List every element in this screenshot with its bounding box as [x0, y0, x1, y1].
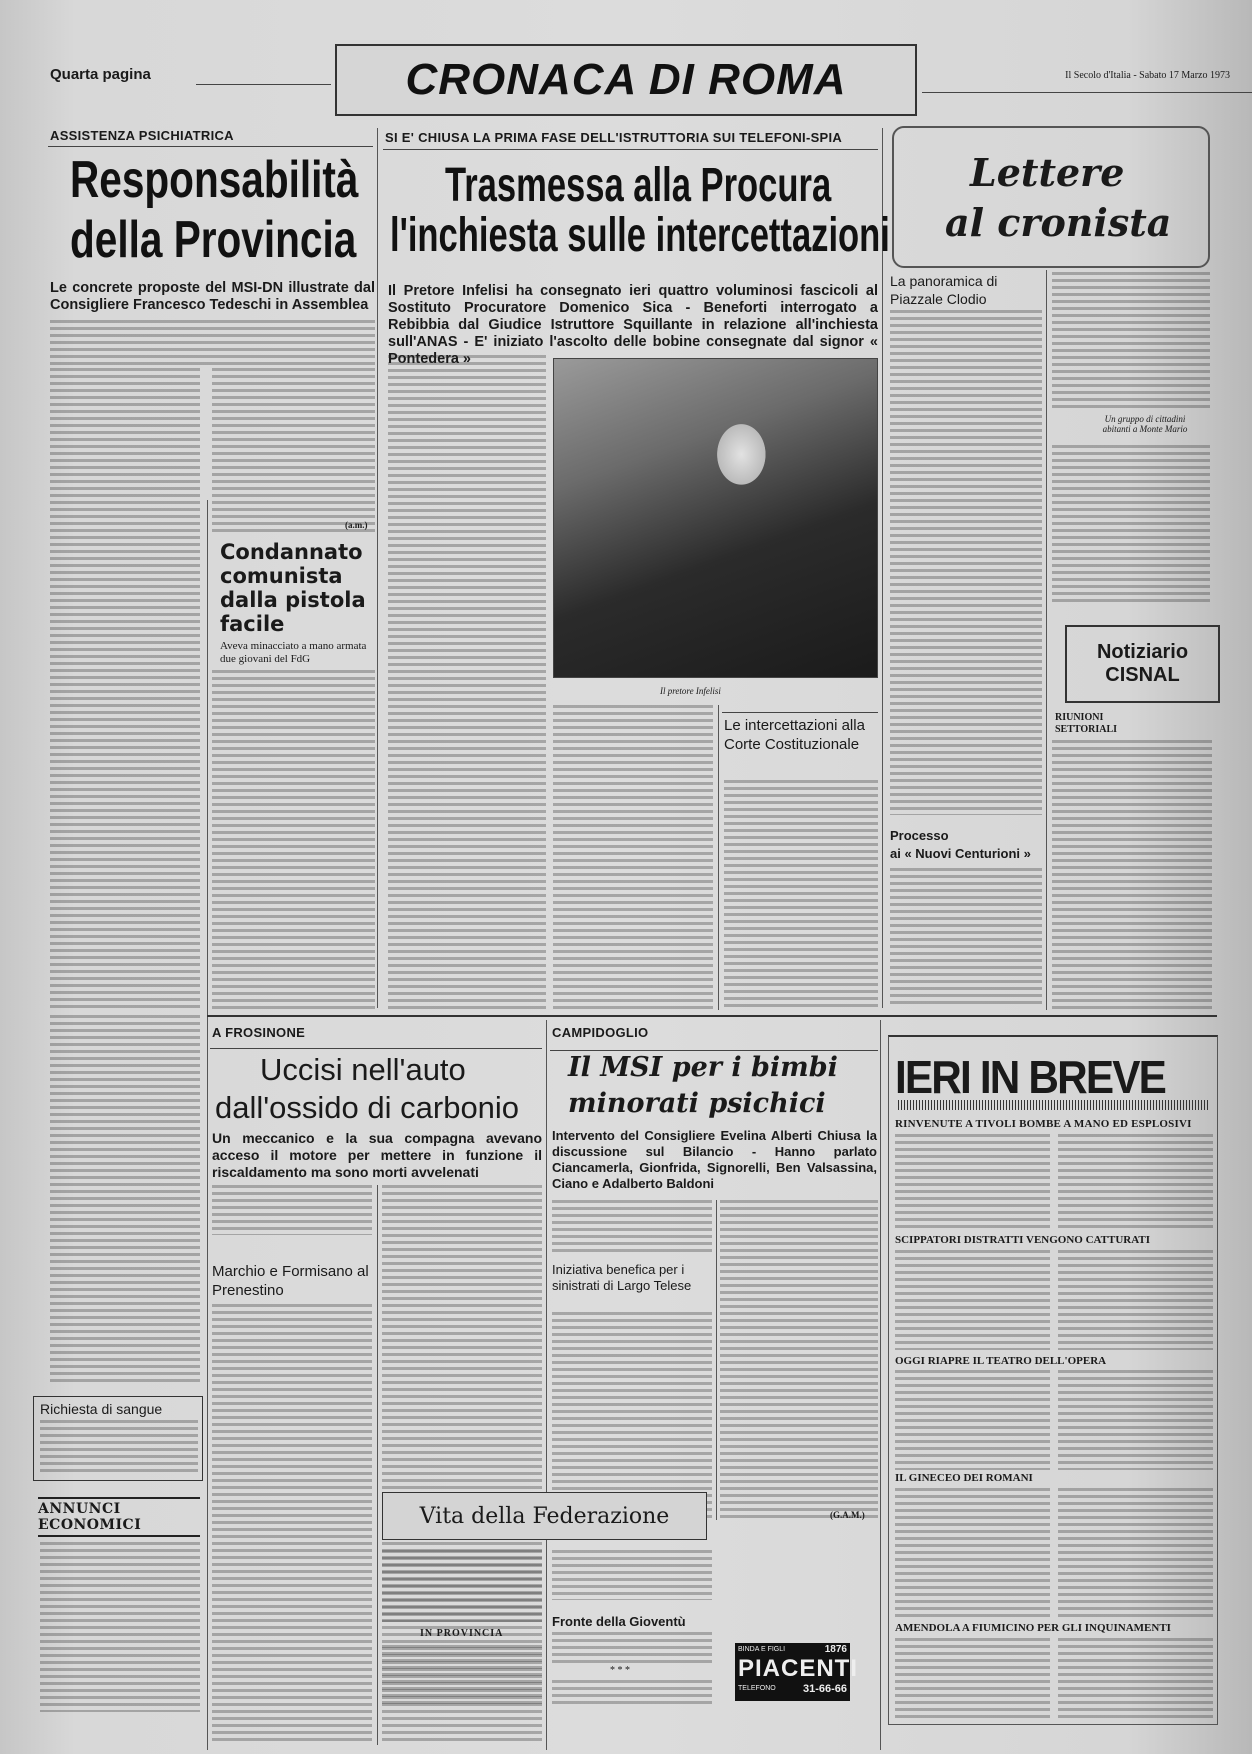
body-text	[50, 368, 200, 1008]
body-text	[1058, 1250, 1213, 1350]
newspaper-page: Quarta pagina CRONACA DI ROMA Il Secolo …	[0, 0, 1252, 1754]
body-text	[50, 1015, 200, 1385]
body-text	[553, 705, 713, 1010]
signature: (a.m.)	[345, 520, 368, 530]
divider	[722, 712, 878, 713]
divider	[196, 84, 331, 85]
body-text	[50, 320, 375, 365]
cisnal-box: Notiziario CISNAL	[1065, 625, 1220, 703]
advert-piacenti: BINDA E FIGLI 1876 PIACENTI TELEFONO 31-…	[735, 1643, 850, 1701]
federazione-title: Vita della Federazione	[420, 1504, 670, 1529]
divider	[383, 149, 878, 150]
kicker-intercettazioni: SI E' CHIUSA LA PRIMA FASE DELL'ISTRUTTO…	[385, 130, 842, 145]
ieri-in-breve-title: IERI IN BREVE	[895, 1050, 1165, 1104]
body-text	[388, 355, 546, 1010]
letter-title-clodio: La panoramica di Piazzale Clodio	[890, 272, 1040, 308]
body-text	[895, 1250, 1050, 1350]
annunci-banner: ANNUNCI ECONOMICI	[38, 1497, 200, 1537]
column-rule	[716, 1200, 717, 1520]
divider	[922, 92, 1252, 93]
sidebar-title-prenestino: Marchio e Formisano al Prenestino	[212, 1262, 372, 1300]
body-text	[552, 1312, 712, 1520]
body-text	[1058, 1134, 1213, 1232]
body-text	[382, 1550, 542, 1622]
lettere-box	[892, 126, 1210, 268]
breve-item-title: OGGI RIAPRE IL TEATRO DELL'OPERA	[895, 1355, 1215, 1367]
column-rule	[546, 1020, 547, 1750]
body-text	[212, 1185, 372, 1235]
body-text	[212, 1304, 372, 1744]
advert-top-label: BINDA E FIGLI	[738, 1645, 785, 1655]
photo-caption: Il pretore Infelisi	[660, 686, 721, 696]
advert-phone: 31-66-66	[803, 1683, 847, 1695]
subhead-campidoglio: Intervento del Consigliere Evelina Alber…	[552, 1128, 877, 1192]
body-text	[40, 1420, 198, 1476]
body-text	[40, 1542, 200, 1712]
headline-frosinone-1: Uccisi nell'auto	[260, 1052, 466, 1088]
headline-campidoglio-2: minorati psichici	[568, 1088, 826, 1119]
body-text	[720, 1200, 878, 1520]
body-text	[212, 670, 375, 1010]
body-text	[552, 1200, 712, 1252]
headline-campidoglio-1: Il MSI per i bimbi	[568, 1052, 838, 1083]
body-text	[1052, 272, 1210, 412]
headline-condannato: Condannato comunista dalla pistola facil…	[220, 540, 380, 636]
headline-psichiatrica-2: della Provincia	[70, 210, 356, 270]
body-text	[895, 1638, 1050, 1718]
body-text	[552, 1632, 712, 1664]
breve-item-title: IL GINECEO DEI ROMANI	[895, 1472, 1215, 1484]
body-text	[1058, 1370, 1213, 1470]
section-label: Quarta pagina	[50, 66, 151, 83]
body-text	[890, 310, 1042, 815]
federazione-box: Vita della Federazione	[382, 1492, 707, 1540]
processo-title-1: Processo	[890, 826, 949, 845]
body-text	[724, 780, 878, 1010]
subhead-psichiatrica: Le concrete proposte del MSI-DN illustra…	[50, 280, 375, 314]
body-text	[1052, 740, 1212, 1010]
cisnal-title-2: CISNAL	[1105, 664, 1179, 687]
masthead-title: CRONACA DI ROMA	[405, 55, 846, 105]
dateline: Il Secolo d'Italia - Sabato 17 Marzo 197…	[930, 70, 1230, 81]
sangue-title: Richiesta di sangue	[40, 1400, 162, 1419]
masthead: CRONACA DI ROMA	[335, 44, 917, 116]
body-text	[895, 1370, 1050, 1470]
kicker-psichiatrica: ASSISTENZA PSICHIATRICA	[50, 128, 234, 143]
body-text	[552, 1680, 712, 1708]
advert-brand: PIACENTI	[738, 1655, 847, 1683]
subhead-frosinone: Un meccanico e la sua compagna avevano a…	[212, 1130, 542, 1181]
column-rule	[1046, 270, 1047, 1010]
headline-intercettazioni-2: l'inchiesta sulle intercettazioni	[390, 208, 890, 263]
body-text	[552, 1550, 712, 1600]
breve-item-title: SCIPPATORI DISTRATTI VENGONO CATTURATI	[895, 1234, 1215, 1246]
signature: (G.A.M.)	[830, 1510, 865, 1520]
kicker-campidoglio: CAMPIDOGLIO	[552, 1025, 648, 1040]
body-text	[212, 368, 375, 533]
body-text	[1058, 1638, 1213, 1718]
body-text	[1052, 445, 1210, 605]
separator: * * *	[610, 1665, 630, 1676]
column-rule	[377, 1185, 378, 1745]
letter-signature: Un gruppo di cittadini abitanti a Monte …	[1090, 414, 1200, 434]
headline-psichiatrica-1: Responsabilità	[70, 150, 359, 210]
breve-item-title: AMENDOLA A FIUMICINO PER GLI INQUINAMENT…	[895, 1622, 1215, 1634]
headline-intercettazioni-1: Trasmessa alla Procura	[445, 158, 831, 213]
breve-item-title: RINVENUTE A TIVOLI BOMBE A MANO ED ESPLO…	[895, 1118, 1215, 1130]
cisnal-title-1: Notiziario	[1097, 641, 1188, 664]
body-text	[382, 1645, 542, 1705]
divider	[207, 1015, 1217, 1017]
body-text	[895, 1488, 1050, 1618]
sidebar-title-telese: Iniziativa benefica per i sinistrati di …	[552, 1262, 712, 1294]
processo-title-2: ai « Nuovi Centurioni »	[890, 844, 1031, 863]
body-text	[1058, 1488, 1213, 1618]
column-rule	[718, 705, 719, 1010]
kicker-frosinone: A FROSINONE	[212, 1025, 305, 1040]
cisnal-section: RIUNIONI SETTORIALI	[1055, 712, 1155, 736]
advert-year: 1876	[825, 1645, 847, 1655]
column-rule	[207, 500, 208, 1750]
divider	[210, 1048, 542, 1049]
photo-pretore	[553, 358, 878, 678]
lettere-title-2: al cronista	[945, 200, 1171, 245]
lettere-title-1: Lettere	[970, 150, 1124, 195]
fronte-title: Fronte della Gioventù	[552, 1612, 686, 1631]
body-text	[895, 1134, 1050, 1232]
divider	[550, 1050, 878, 1051]
sidebar-title-corte: Le intercettazioni alla Corte Costituzio…	[724, 716, 874, 754]
decorative-rule	[898, 1100, 1210, 1110]
advert-phone-label: TELEFONO	[738, 1683, 776, 1695]
body-text	[890, 868, 1042, 1008]
province-heading: IN PROVINCIA	[420, 1628, 503, 1639]
lead-condannato: Aveva minacciato a mano armata due giova…	[220, 640, 375, 666]
column-rule	[880, 1020, 881, 1750]
headline-frosinone-2: dall'ossido di carbonio	[215, 1090, 519, 1126]
annunci-title: ANNUNCI ECONOMICI	[38, 1501, 200, 1533]
divider	[48, 146, 373, 147]
